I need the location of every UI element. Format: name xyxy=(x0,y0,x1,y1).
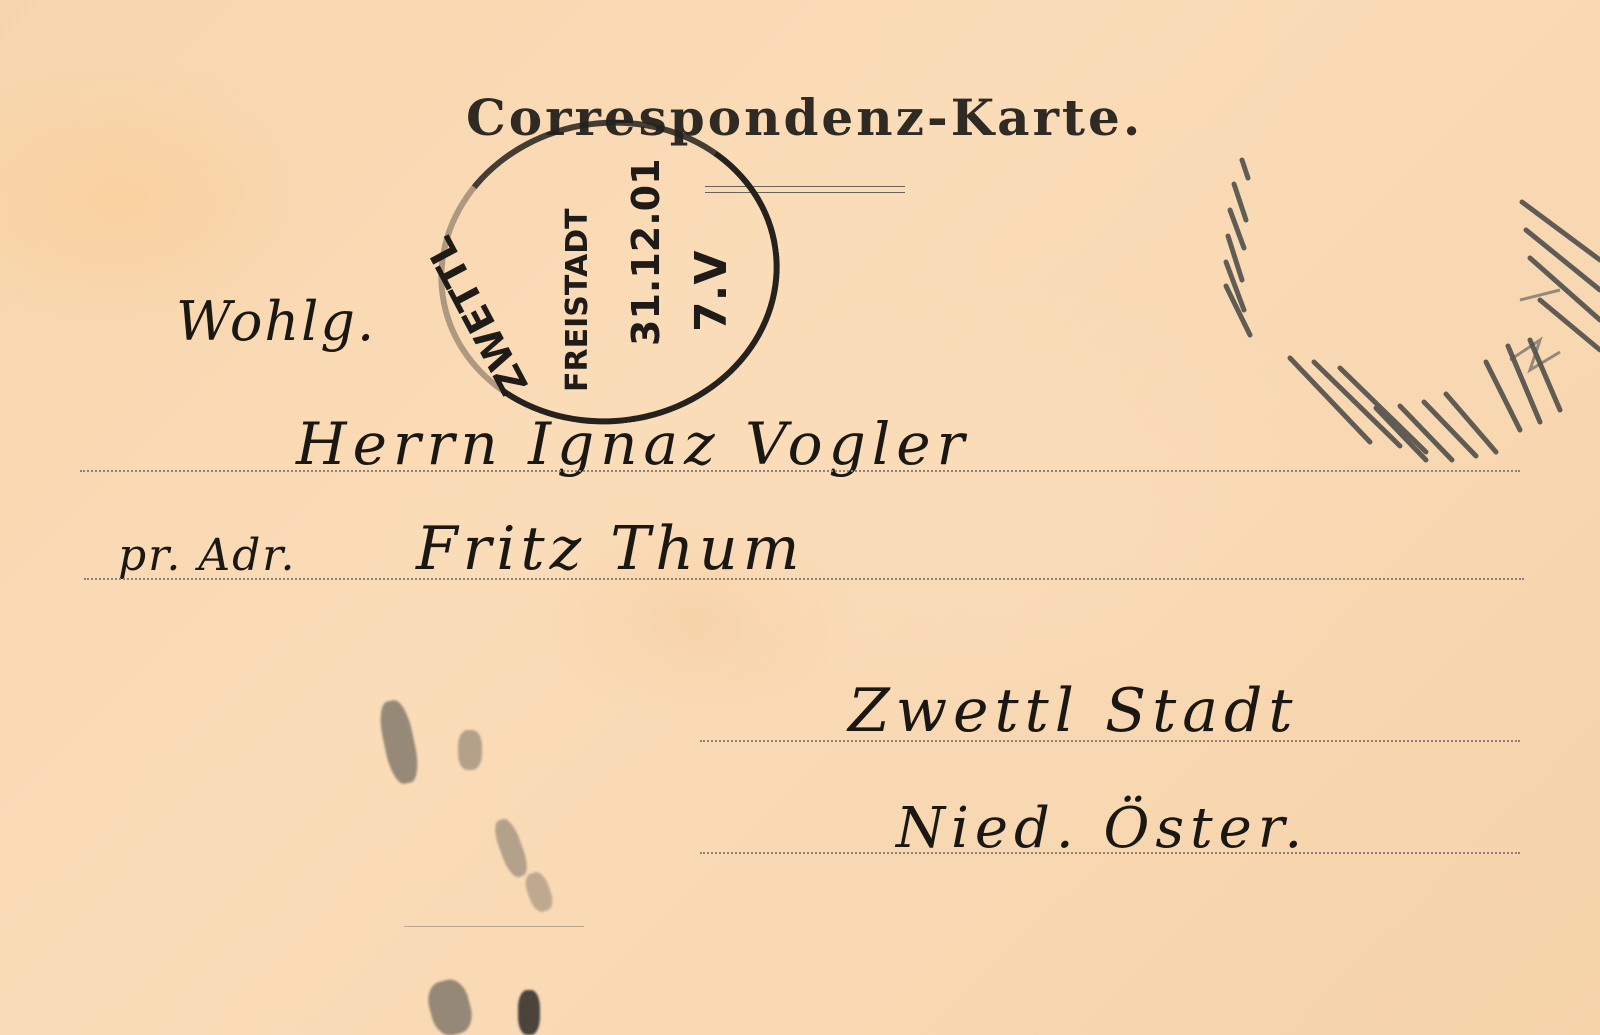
postmark-time: 7.V xyxy=(686,251,737,332)
ink-smudge xyxy=(518,990,540,1035)
ink-smudge xyxy=(490,816,531,880)
cancellation-mark xyxy=(1190,140,1600,480)
destination-town: Zwettl Stadt xyxy=(848,676,1299,746)
faint-stroke xyxy=(404,926,584,927)
ink-smudge xyxy=(458,730,482,770)
postmark-extra: FREISTADT xyxy=(560,208,595,392)
addressee-name: Herrn Ignaz Vogler xyxy=(296,410,970,478)
salutation: Wohlg. xyxy=(176,290,376,353)
ink-smudge xyxy=(522,869,556,914)
address-line-4 xyxy=(700,852,1520,854)
postcard: Correspondenz-Karte. ZWETTL FREISTADT 31… xyxy=(0,0,1600,1035)
ink-smudge xyxy=(424,976,477,1035)
postmark-date: 31.12.01 xyxy=(624,158,668,346)
care-of-name: Fritz Thum xyxy=(416,514,805,584)
address-line-3 xyxy=(700,740,1520,742)
ink-smudge xyxy=(376,698,423,786)
address-line-2 xyxy=(84,578,1524,580)
care-of-prefix: pr. Adr. xyxy=(118,530,296,581)
address-line-1 xyxy=(80,470,1520,472)
